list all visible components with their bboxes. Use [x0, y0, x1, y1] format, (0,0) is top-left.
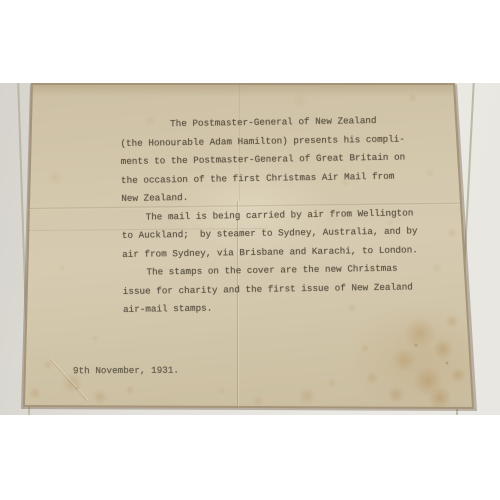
letter-date: 9th November, 1931.	[73, 365, 179, 377]
typed-letter-text: The Postmaster-General of New Zealand (t…	[120, 111, 473, 320]
framed-letter-photo: The Postmaster-General of New Zealand (t…	[0, 83, 500, 415]
screenshot-canvas: The Postmaster-General of New Zealand (t…	[0, 0, 500, 500]
